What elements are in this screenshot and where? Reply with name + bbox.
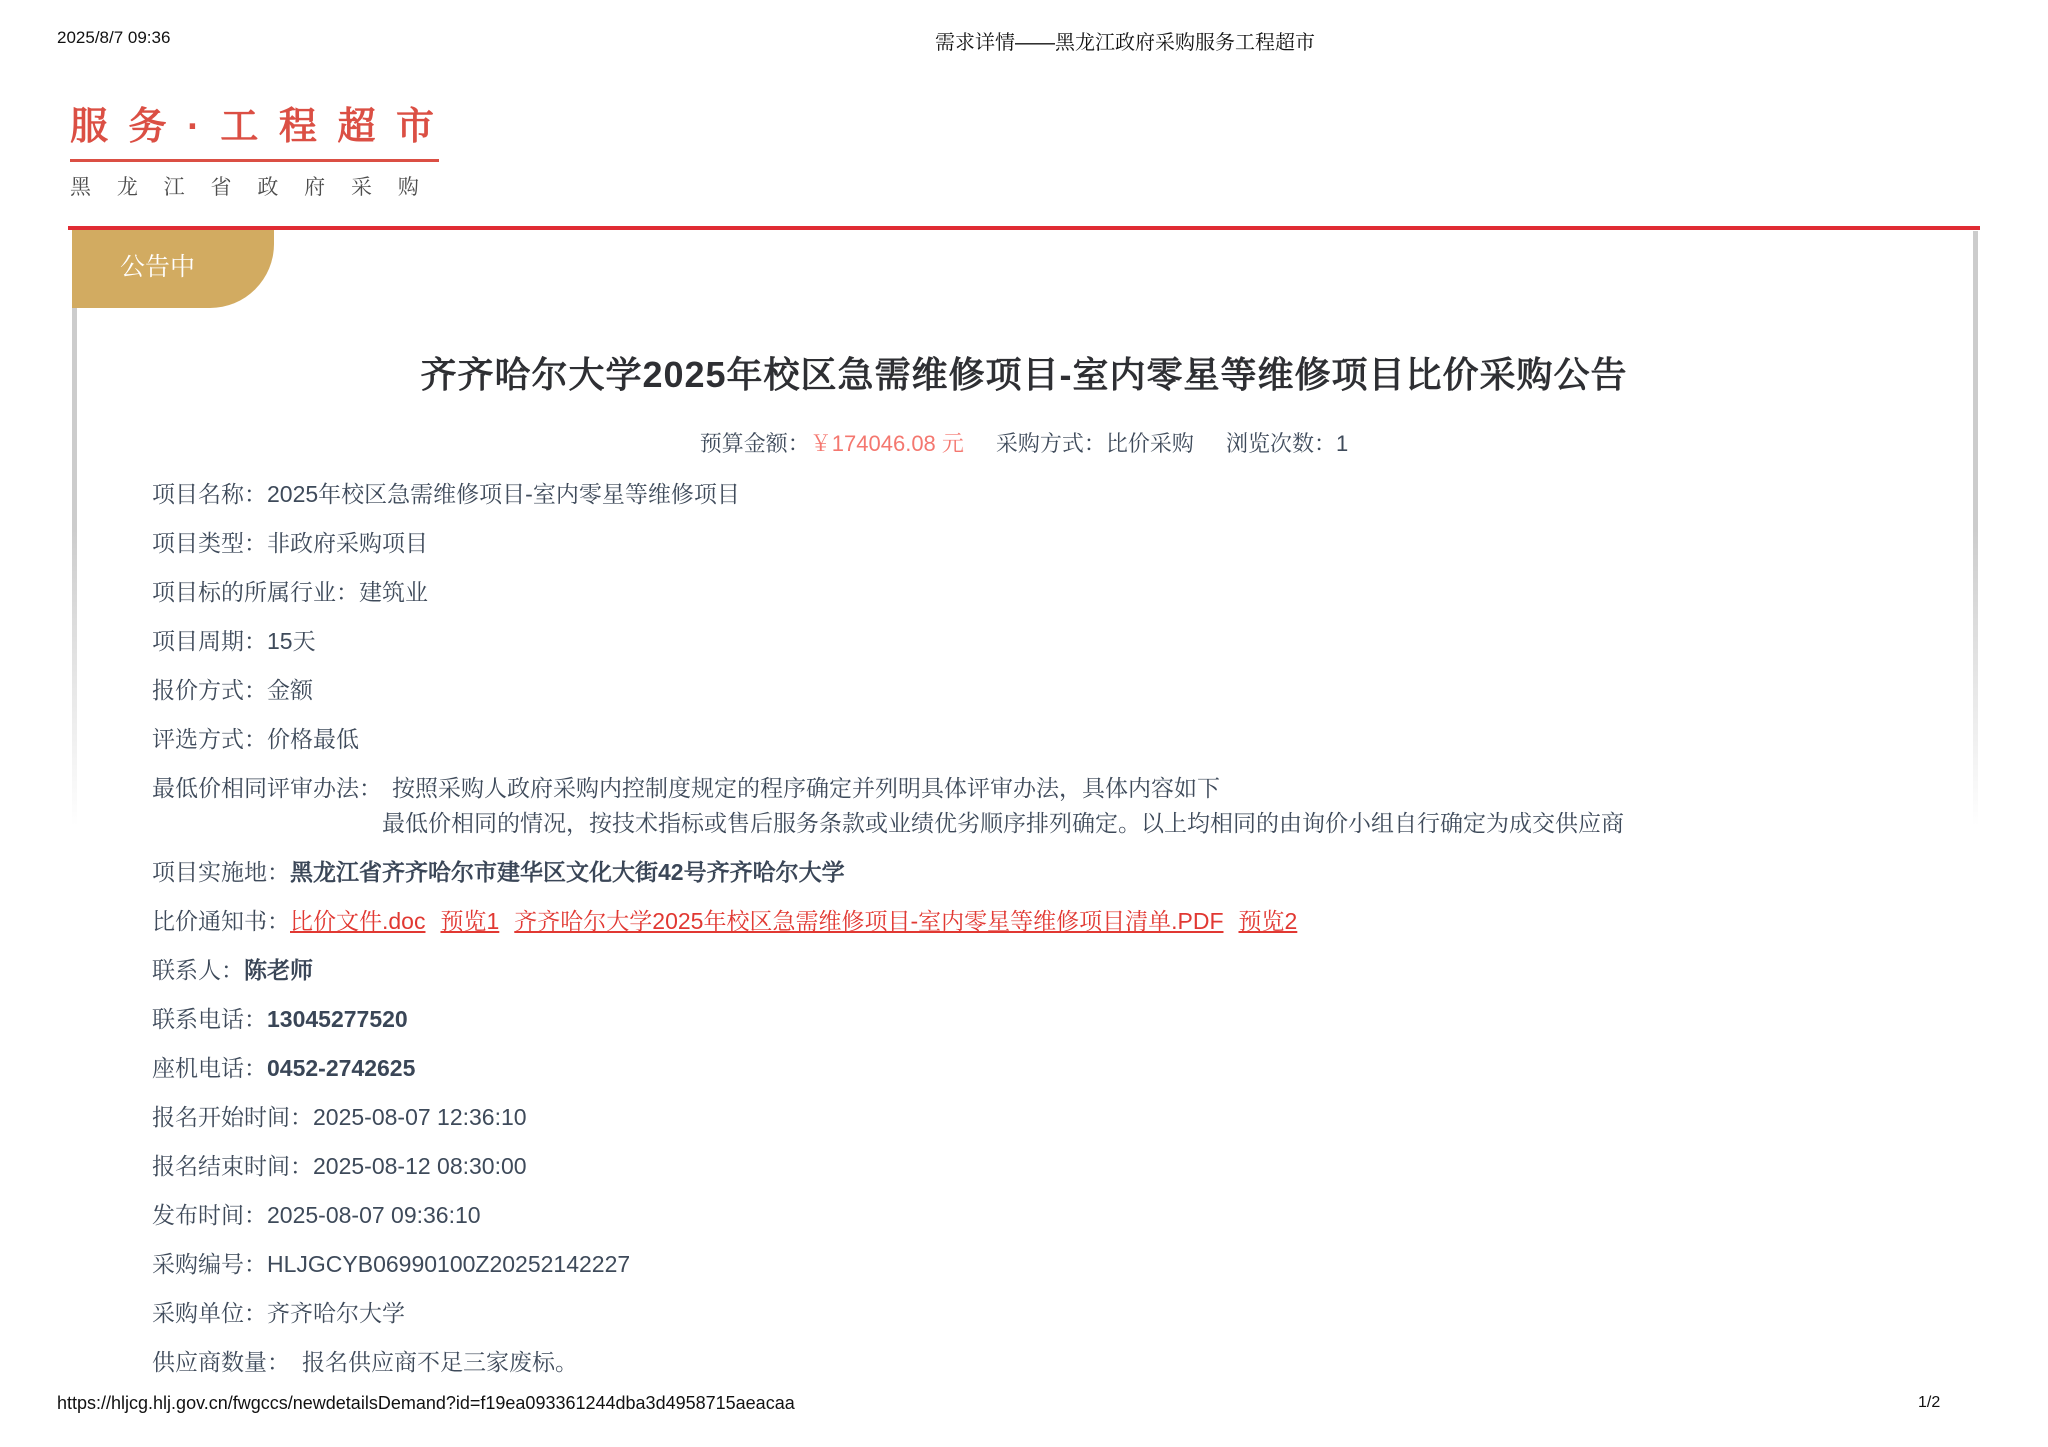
- announcement-title: 齐齐哈尔大学2025年校区急需维修项目-室内零星等维修项目比价采购公告: [100, 347, 1948, 398]
- field-row-tie-break-rule: 最低价相同评审办法： 按照采购人政府采购内控制度规定的程序确定并列明具体评审办法…: [152, 773, 1852, 838]
- status-badge: 公告中: [72, 230, 274, 308]
- field-row-industry: 项目标的所属行业：建筑业: [152, 577, 1852, 607]
- field-label: 供应商数量：: [152, 1347, 290, 1377]
- field-label: 报名开始时间：: [152, 1102, 313, 1132]
- field-row-publish-time: 发布时间：2025-08-07 09:36:10: [152, 1200, 1852, 1230]
- print-footer-page-number: 1/2: [1918, 1394, 1940, 1412]
- panel-left-border: [72, 231, 77, 826]
- field-value: 金额: [267, 675, 313, 705]
- notice-doc-link[interactable]: 比价文件.doc: [290, 906, 425, 936]
- field-label: 项目周期：: [152, 626, 267, 656]
- field-value: 陈老师: [244, 955, 313, 985]
- field-label: 报价方式：: [152, 675, 267, 705]
- field-value: 建筑业: [359, 577, 428, 607]
- field-label: 座机电话：: [152, 1053, 267, 1083]
- field-row-contact-phone: 联系电话：13045277520: [152, 1004, 1852, 1034]
- site-logo-sub: 黑 龙 江 省 政 府 采 购: [70, 171, 439, 201]
- method-value: 比价采购: [1106, 431, 1194, 456]
- views-count: 1: [1336, 431, 1348, 456]
- field-row-signup-start: 报名开始时间：2025-08-07 12:36:10: [152, 1102, 1852, 1132]
- field-value: 2025-08-12 08:30:00: [313, 1151, 527, 1181]
- field-row-quote-method: 报价方式：金额: [152, 675, 1852, 705]
- panel-right-border: [1973, 231, 1978, 826]
- field-label: 联系电话：: [152, 1004, 267, 1034]
- field-row-contact-person: 联系人：陈老师: [152, 955, 1852, 985]
- field-value: HLJGCYB06990100Z20252142227: [267, 1249, 630, 1279]
- field-value: 2025-08-07 12:36:10: [313, 1102, 527, 1132]
- field-row-supplier-count: 供应商数量：报名供应商不足三家废标。: [152, 1347, 1852, 1377]
- budget-label: 预算金额：: [700, 431, 810, 456]
- print-footer-url: https://hljcg.hlj.gov.cn/fwgccs/newdetai…: [57, 1393, 795, 1414]
- field-label: 评选方式：: [152, 724, 267, 754]
- field-label: 比价通知书：: [152, 906, 290, 936]
- field-row-project-period: 项目周期：15天: [152, 626, 1852, 656]
- field-label: 采购单位：: [152, 1298, 267, 1328]
- method-group: 采购方式：比价采购: [996, 430, 1194, 458]
- field-label: 报名结束时间：: [152, 1151, 313, 1181]
- field-label: 发布时间：: [152, 1200, 267, 1230]
- field-label: 最低价相同评审办法：: [152, 773, 382, 803]
- views-group: 浏览次数：1: [1226, 430, 1348, 458]
- budget-strip: 预算金额：￥174046.08 元 采购方式：比价采购 浏览次数：1: [100, 430, 1948, 458]
- field-value: 0452-2742625: [267, 1053, 415, 1083]
- field-row-project-location: 项目实施地：黑龙江省齐齐哈尔市建华区文化大街42号齐齐哈尔大学: [152, 857, 1852, 887]
- header-divider-rule: [68, 226, 1980, 230]
- field-label: 采购编号：: [152, 1249, 267, 1279]
- field-label: 联系人：: [152, 955, 244, 985]
- field-row-project-type: 项目类型：非政府采购项目: [152, 528, 1852, 558]
- method-label: 采购方式：: [996, 431, 1106, 456]
- budget-amount: ￥174046.08 元: [810, 431, 964, 456]
- field-row-landline-phone: 座机电话：0452-2742625: [152, 1053, 1852, 1083]
- field-row-project-name: 项目名称：2025年校区急需维修项目-室内零星等维修项目: [152, 479, 1852, 509]
- field-label: 项目实施地：: [152, 857, 290, 887]
- field-value: 非政府采购项目: [267, 528, 428, 558]
- detail-fields: 项目名称：2025年校区急需维修项目-室内零星等维修项目 项目类型：非政府采购项…: [152, 479, 1852, 1396]
- field-label: 项目类型：: [152, 528, 267, 558]
- field-value: 15天: [267, 626, 316, 656]
- views-label: 浏览次数：: [1226, 431, 1336, 456]
- field-row-signup-end: 报名结束时间：2025-08-12 08:30:00: [152, 1151, 1852, 1181]
- field-value: 13045277520: [267, 1004, 408, 1034]
- preview2-link[interactable]: 预览2: [1239, 906, 1298, 936]
- field-row-notice-files: 比价通知书： 比价文件.doc 预览1 齐齐哈尔大学2025年校区急需维修项目-…: [152, 906, 1852, 936]
- budget-group: 预算金额：￥174046.08 元: [700, 430, 964, 458]
- print-timestamp: 2025/8/7 09:36: [57, 28, 170, 48]
- field-value: 2025-08-07 09:36:10: [267, 1200, 481, 1230]
- field-row-selection-method: 评选方式：价格最低: [152, 724, 1852, 754]
- field-value-block: 按照采购人政府采购内控制度规定的程序确定并列明具体评审办法，具体内容如下 最低价…: [382, 773, 1624, 838]
- field-value: 价格最低: [267, 724, 359, 754]
- field-value: 2025年校区急需维修项目-室内零星等维修项目: [267, 479, 740, 509]
- field-label: 项目标的所属行业：: [152, 577, 359, 607]
- site-logo: 服 务 · 工 程 超 市 黑 龙 江 省 政 府 采 购: [70, 106, 439, 201]
- field-value: 黑龙江省齐齐哈尔市建华区文化大街42号齐齐哈尔大学: [290, 857, 845, 887]
- field-value-line1: 按照采购人政府采购内控制度规定的程序确定并列明具体评审办法，具体内容如下: [382, 773, 1624, 803]
- list-pdf-link[interactable]: 齐齐哈尔大学2025年校区急需维修项目-室内零星等维修项目清单.PDF: [514, 906, 1223, 936]
- field-row-procurement-number: 采购编号：HLJGCYB06990100Z20252142227: [152, 1249, 1852, 1279]
- preview1-link[interactable]: 预览1: [440, 906, 499, 936]
- field-label: 项目名称：: [152, 479, 267, 509]
- print-page-title: 需求详情——黑龙江政府采购服务工程超市: [935, 26, 1315, 55]
- field-row-procurement-unit: 采购单位：齐齐哈尔大学: [152, 1298, 1852, 1328]
- field-value: 报名供应商不足三家废标。: [290, 1347, 578, 1377]
- field-value-line2: 最低价相同的情况，按技术指标或售后服务条款或业绩优劣顺序排列确定。以上均相同的由…: [382, 808, 1624, 838]
- field-value: 齐齐哈尔大学: [267, 1298, 405, 1328]
- site-logo-main: 服 务 · 工 程 超 市: [70, 106, 439, 162]
